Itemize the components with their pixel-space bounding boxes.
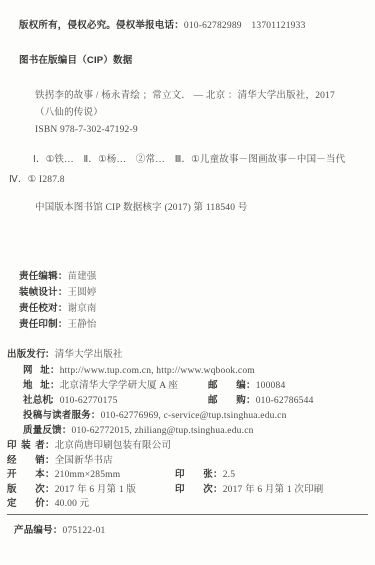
printer-name: 北京尚唐印刷包装有限公司 [55, 441, 171, 451]
product-number-label: 产品编号 [14, 525, 53, 536]
staff-label: 装帧设计 [19, 287, 58, 298]
pub-label: 定价 [7, 498, 45, 510]
colon: ： [50, 395, 60, 406]
product-number-line: 产品编号：075122-01 [0, 525, 375, 537]
pub-label: 印张 [175, 469, 213, 481]
pub-row-format: 开本：210mm×285mm 印张：2.5 [0, 469, 375, 481]
address-value: 北京清华大学学研大厦 A 座 [60, 381, 178, 391]
colon: ： [45, 498, 55, 509]
colon: ： [58, 287, 68, 298]
colon: ： [246, 380, 256, 391]
pub-label: 经销 [7, 455, 45, 467]
cip-description-line: 铁拐李的故事 / 杨永青绘 ；常立文． — 北京 ：清华大学出版社，2017 [0, 90, 375, 102]
pub-label: 社总机 [23, 395, 50, 407]
pub-label: 出版发行 [7, 349, 45, 361]
cip-classification-line-1: Ⅰ．①铁… Ⅱ．①杨… ②常… Ⅲ．①儿童故事－图画故事－中国－当代 [0, 154, 375, 166]
pub-label: 印装者 [7, 440, 45, 452]
pub-label: 印次 [175, 484, 213, 496]
pub-seg-impression: 印次：2017 年 6 月第 1 次印刷 [175, 484, 323, 496]
colon: ： [58, 303, 68, 314]
copyright-notice-line: 版权所有，侵权必究。侵权举报电话：010-62782989 1370112193… [0, 20, 375, 32]
pub-row-publisher: 出版发行：清华大学出版社 [0, 349, 375, 361]
cip-isbn-line: ISBN 978-7-302-47192-9 [0, 124, 375, 136]
colon: ： [45, 440, 55, 451]
pub-label: 质量反馈 [23, 425, 62, 436]
cip-classification-1: Ⅰ．①铁… Ⅱ．①杨… ②常… Ⅲ．①儿童故事－图画故事－中国－当代 [33, 155, 345, 165]
pub-row-switchboard: 社总机：010-62770175 邮购：010-62786544 [0, 395, 375, 407]
staff-row-proofreader: 责任校对：谢京南 [0, 303, 375, 315]
staff-row-print-supervisor: 责任印制：王静怡 [0, 319, 375, 331]
colon: ： [45, 484, 55, 495]
pub-seg-sheets: 印张：2.5 [175, 469, 235, 481]
pub-label: 地址 [23, 380, 50, 392]
staff-label: 责任校对 [19, 303, 58, 314]
pub-row-quality-feedback: 质量反馈：010-62772015, zhiliang@tup.tsinghua… [0, 425, 375, 437]
cip-series-note: （八仙的传说） [35, 108, 103, 118]
staff-label: 责任印制 [19, 319, 58, 330]
colon: ： [45, 455, 55, 466]
staff-label: 责任编辑 [19, 271, 58, 282]
switchboard-phone: 010-62770175 [60, 396, 118, 406]
colon: ： [62, 425, 72, 436]
colon: ： [45, 469, 55, 480]
pub-row-website: 网址：http://www.tup.com.cn, http://www.wqb… [0, 365, 375, 377]
publisher-name: 清华大学出版社 [55, 350, 123, 360]
pub-label: 投稿与读者服务 [23, 410, 91, 421]
staff-row-editor: 责任编辑：苗建强 [0, 271, 375, 283]
colon: ： [50, 380, 60, 391]
pub-row-price: 定价：40.00 元 [0, 498, 375, 510]
colon: ： [53, 525, 63, 536]
staff-name: 苗建强 [68, 272, 97, 282]
report-phones: 010-62782989 13701121933 [184, 21, 306, 31]
impression-value: 2017 年 6 月第 1 次印刷 [223, 485, 324, 495]
cip-classification-line-2: Ⅳ．① I287.8 [0, 174, 375, 186]
divider-rule [7, 514, 368, 515]
copyright-page: 版权所有，侵权必究。侵权举报电话：010-62782989 1370112193… [0, 0, 375, 565]
colon: ： [58, 319, 68, 330]
reader-service-contact: 010-62776969, c-service@tup.tsinghua.edu… [101, 411, 287, 421]
cip-series-line: （八仙的传说） [0, 107, 375, 119]
product-number-value: 075122-01 [63, 526, 106, 536]
postcode-value: 100084 [256, 381, 286, 391]
distributor-name: 全国新华书店 [55, 456, 113, 466]
isbn-number: ISBN 978-7-302-47192-9 [35, 125, 138, 135]
edition-value: 2017 年 6 月第 1 版 [55, 485, 136, 495]
cip-heading-line: 图书在版编目（CIP）数据 [0, 55, 375, 67]
colon: ： [45, 349, 55, 360]
pub-label: 开本 [7, 469, 45, 481]
colon: ： [213, 484, 223, 495]
cip-classification-2: Ⅳ．① I287.8 [9, 175, 65, 185]
pub-row-distributor: 经销：全国新华书店 [0, 455, 375, 467]
copyright-notice-text: 版权所有，侵权必究。侵权举报电话： [19, 20, 184, 31]
staff-name: 王静怡 [68, 320, 97, 330]
pub-row-edition: 版次：2017 年 6 月第 1 版 印次：2017 年 6 月第 1 次印刷 [0, 484, 375, 496]
colon: ： [50, 365, 60, 376]
staff-name: 谢京南 [68, 304, 97, 314]
pub-label: 邮购 [208, 395, 246, 407]
cip-record-number: 中国版本图书馆 CIP 数据核字 (2017) 第 118540 号 [35, 203, 247, 213]
staff-row-designer: 装帧设计：王圆婷 [0, 287, 375, 299]
pub-row-printer: 印装者：北京尚唐印刷包装有限公司 [0, 440, 375, 452]
pub-label: 邮编 [208, 380, 246, 392]
pub-label: 版次 [7, 484, 45, 496]
pub-seg-mail-order: 邮购：010-62786544 [208, 395, 314, 407]
pub-row-address: 地址：北京清华大学学研大厦 A 座 邮编：100084 [0, 380, 375, 392]
colon: ： [246, 395, 256, 406]
price-value: 40.00 元 [55, 499, 90, 509]
sheets-value: 2.5 [223, 470, 235, 480]
cip-heading: 图书在版编目（CIP）数据 [19, 55, 132, 66]
colon: ： [58, 271, 68, 282]
quality-feedback-contact: 010-62772015, zhiliang@tup.tsinghua.edu.… [72, 426, 254, 436]
cip-description: 铁拐李的故事 / 杨永青绘 ；常立文． — 北京 ：清华大学出版社，2017 [35, 91, 335, 101]
website-urls: http://www.tup.com.cn, http://www.wqbook… [60, 366, 255, 376]
colon: ： [91, 410, 101, 421]
pub-seg-postcode: 邮编：100084 [208, 380, 285, 392]
cip-record-line: 中国版本图书馆 CIP 数据核字 (2017) 第 118540 号 [0, 202, 375, 214]
format-value: 210mm×285mm [55, 470, 121, 480]
colon: ： [213, 469, 223, 480]
pub-row-reader-service: 投稿与读者服务：010-62776969, c-service@tup.tsin… [0, 410, 375, 422]
pub-label: 网址 [23, 365, 50, 377]
mail-order-phone: 010-62786544 [256, 396, 314, 406]
staff-name: 王圆婷 [68, 288, 97, 298]
